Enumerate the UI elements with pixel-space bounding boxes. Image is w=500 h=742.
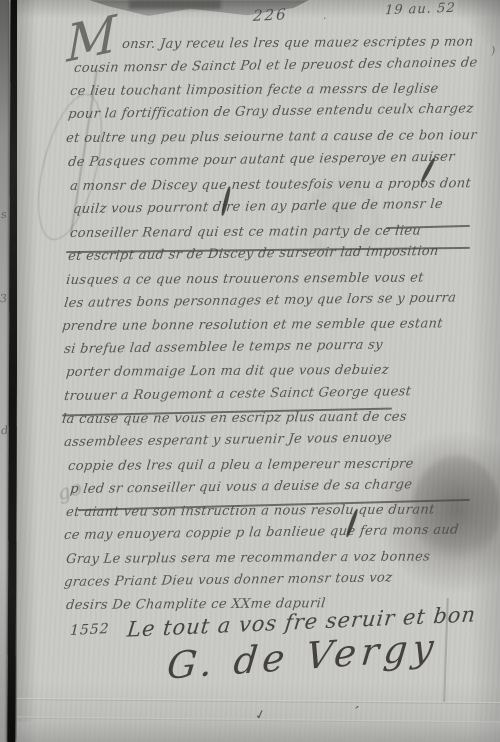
manuscript-line: p led sr conseiller qui vous a deuise de… (69, 478, 413, 497)
manuscript-line: a monsr de Discey que nest toutesfois ve… (69, 177, 471, 194)
edge-text-fragment: s (0, 208, 7, 222)
manuscript-line: coppie des lres quil a pleu a lempereur … (67, 458, 414, 475)
manuscript-page: 226 · 19 au. 52 M go onsr. Jay receu les… (17, 0, 500, 742)
manuscript-line: quilz vous pourront dire ien ay parle qu… (72, 198, 443, 217)
manuscript-line: si brefue lad assemblee le temps ne pour… (63, 339, 383, 358)
manuscript-line: Gray Le surplus sera me recommander a vo… (65, 550, 430, 567)
manuscript-line: ce may enuoyera coppie p la banlieue que… (63, 523, 459, 543)
pen-tick-mark: ʼ (351, 704, 360, 720)
manuscript-line: pour la fortiffication de Gray dusse ent… (67, 102, 474, 122)
paraph-check-mark: ✓ (254, 707, 268, 724)
manuscript-line: porter dommaige Lon ma dit que vous debu… (65, 364, 389, 381)
manuscript-line: trouuer a Rougemont a ceste Sainct Georg… (63, 385, 412, 404)
manuscript-line: ce lieu touchant limposition fecte a mes… (69, 82, 439, 99)
edge-text-fragment: d (0, 424, 8, 438)
manuscript-line: de Pasques comme pour autant que iespero… (67, 151, 455, 171)
date-annotation: 19 au. 52 (384, 1, 456, 19)
manuscript-line: onsr. Jay receu les lres que mauez escri… (121, 36, 474, 53)
manuscript-line: prendre une bonne resolution et me sembl… (61, 317, 443, 334)
separator-dot: · (323, 12, 327, 25)
paper-tear-shadow (129, 0, 221, 9)
manuscript-line: les autres bons personnages et moy que l… (63, 292, 457, 312)
edge-text-fragment: 3 (0, 292, 8, 306)
manuscript-line: assemblees esperant y suruenir Je vous e… (63, 431, 393, 450)
closing-year: 1552 (70, 621, 110, 639)
manuscript-line: conseiller Renard qui est ce matin party… (69, 225, 421, 242)
manuscript-line: cousin monsr de Sainct Pol et le preuost… (73, 56, 478, 76)
manuscript-line: et oultre ung peu plus seiourne tant a c… (65, 129, 477, 146)
folio-number: 226 (253, 5, 289, 25)
manuscript-line: graces Priant Dieu vous donner monsr tou… (63, 571, 393, 590)
fold-crease (17, 698, 500, 704)
manuscript-line: iusques a ce que nous trouuerons ensembl… (65, 271, 424, 288)
manuscript-scan: s 3 d 226 · 19 au. 52 M go onsr. Jay rec… (0, 0, 500, 742)
